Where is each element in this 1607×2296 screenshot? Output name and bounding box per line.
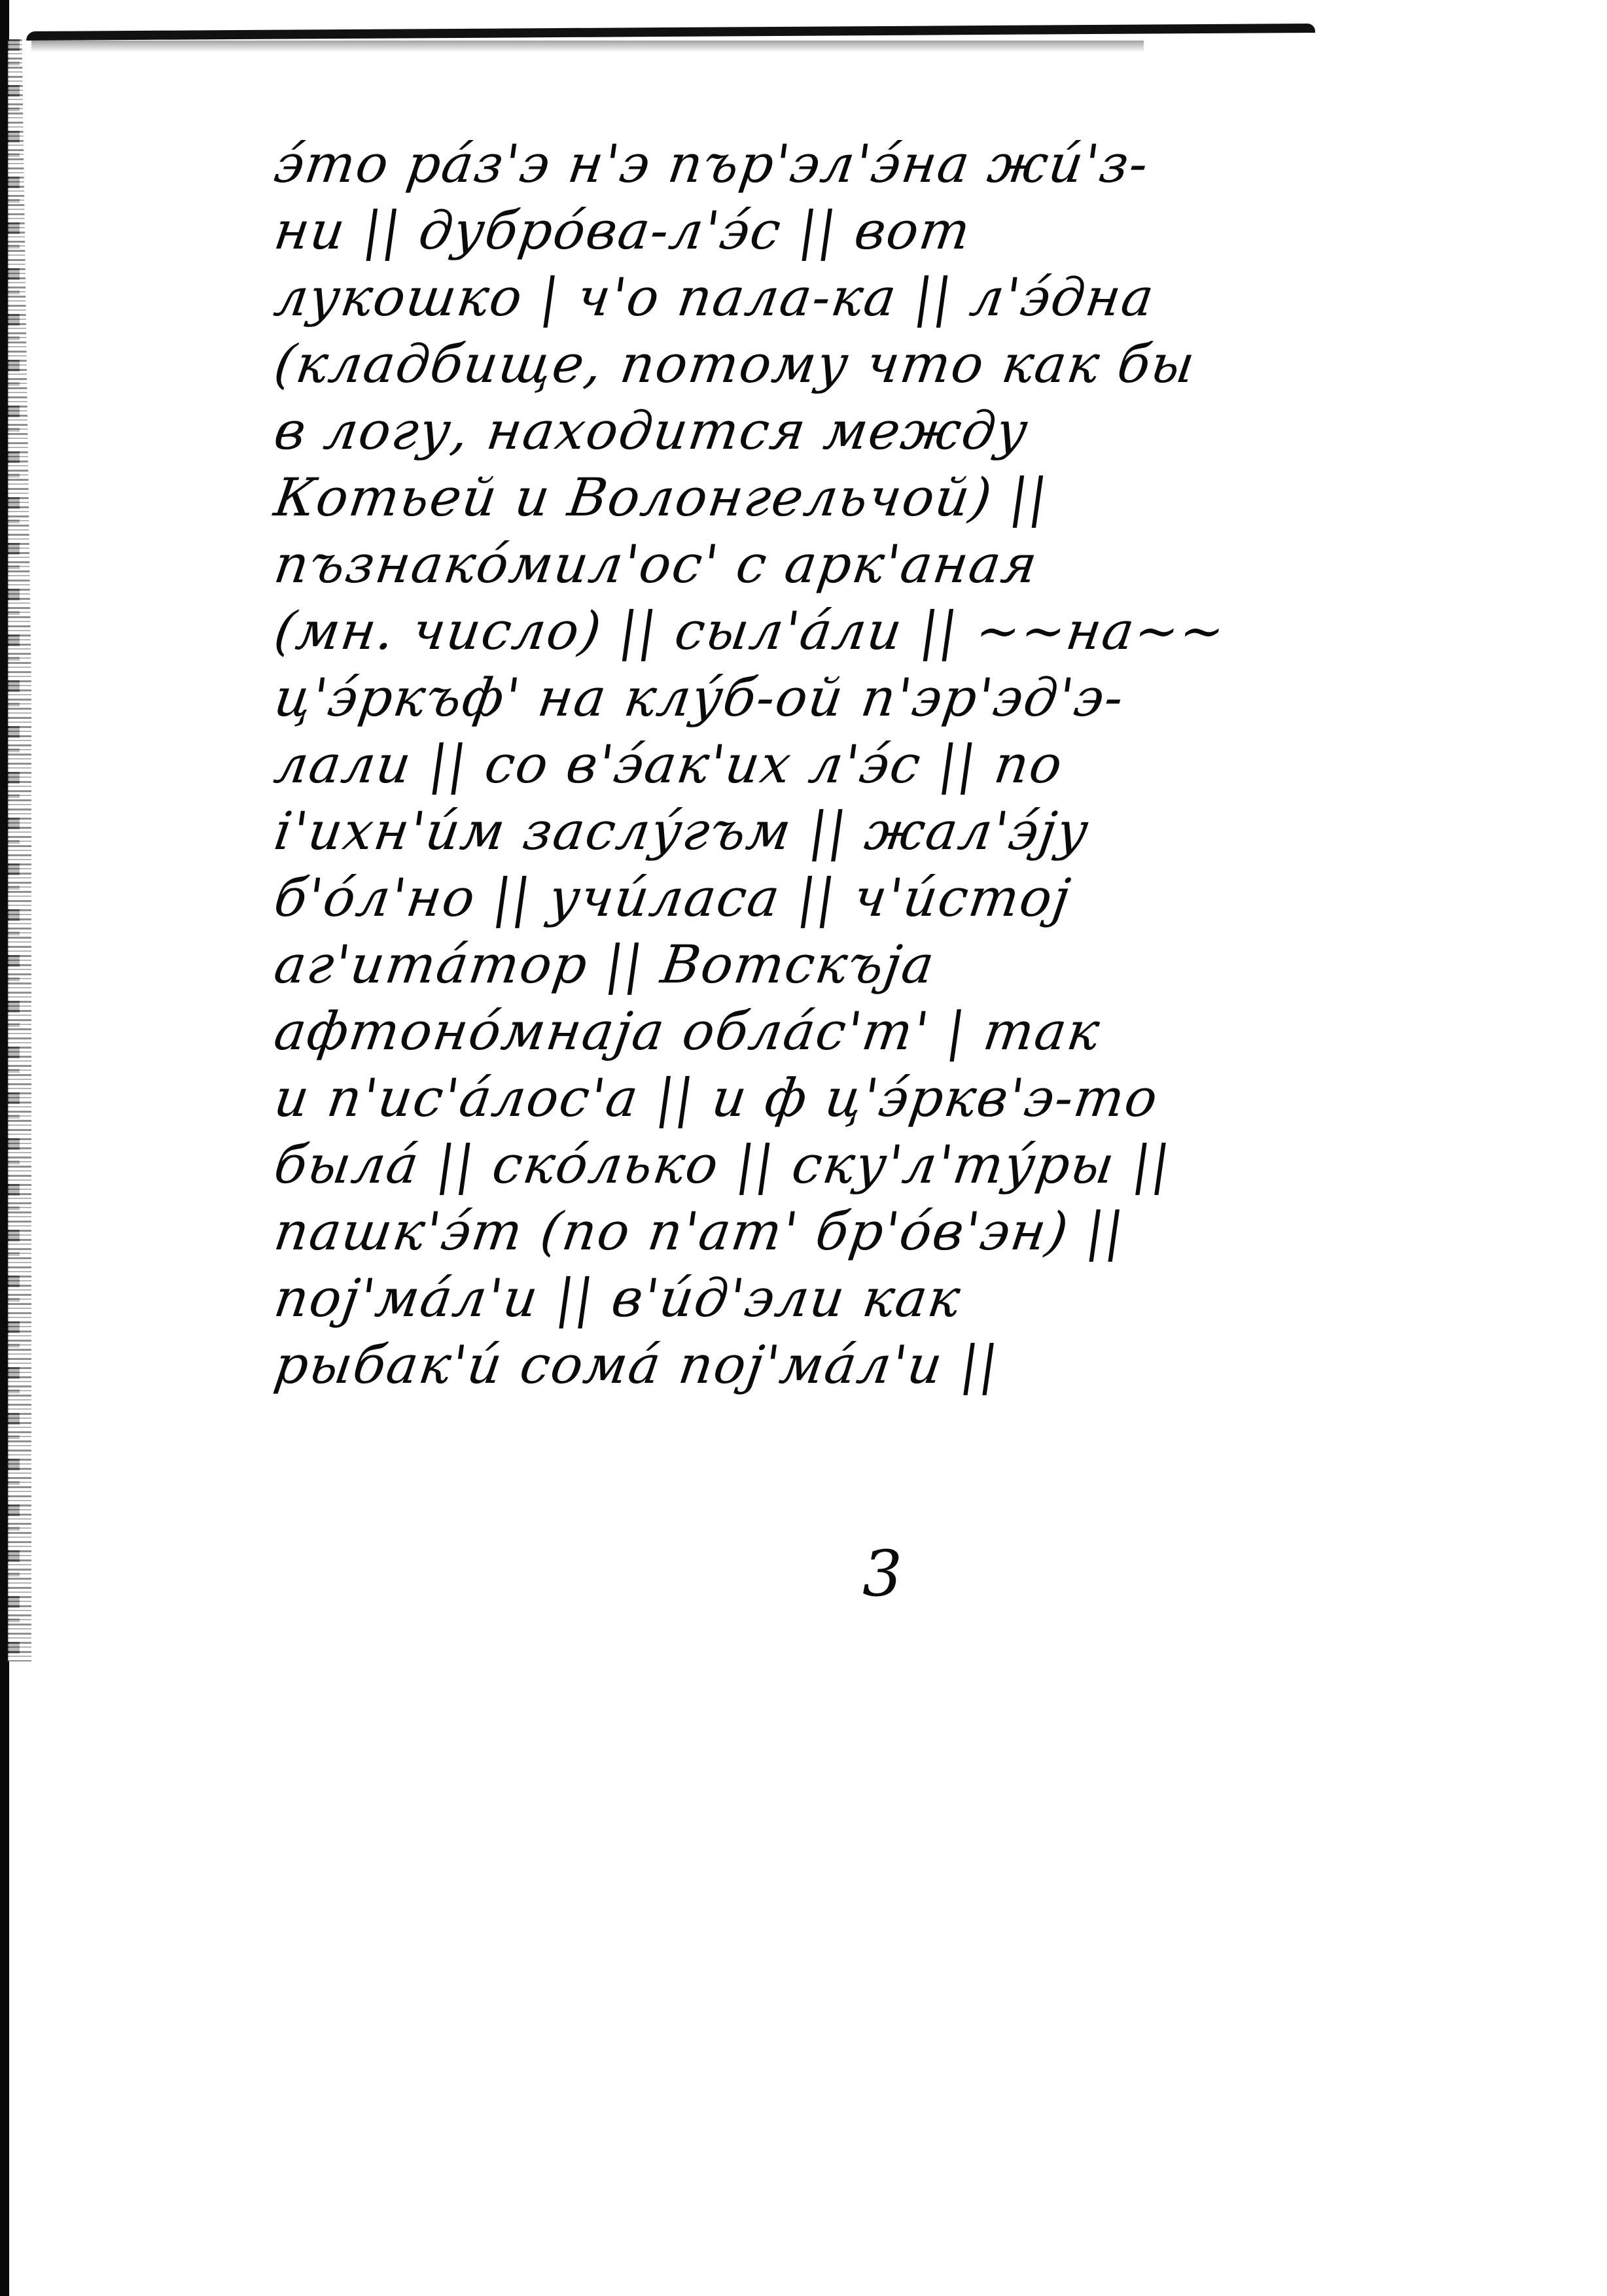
- text-line: пој'ма́л'и || в'и́д'эли как: [270, 1265, 1379, 1332]
- scanned-page: э́то ра́з'э н'э пър'эл'э́на жи́'з- ни ||…: [0, 0, 1607, 2296]
- handwritten-text: э́то ра́з'э н'э пър'эл'э́на жи́'з- ни ||…: [275, 131, 1374, 1399]
- binding-texture: [8, 39, 31, 1661]
- text-line: афтоно́мнаја обла́с'т' | так: [270, 998, 1379, 1065]
- text-line: Котьей и Волонгельчой) ||: [270, 464, 1379, 531]
- text-line: (кладбище, потому что как бы: [270, 331, 1379, 398]
- page-number: 3: [862, 1537, 902, 1610]
- text-line: (мн. число) || сыл'а́ли || ~~на~~: [270, 598, 1379, 665]
- text-line: в логу, находится между: [270, 398, 1379, 464]
- text-line: и п'ис'а́лос'а || и ф ц'э́ркв'э-то: [270, 1065, 1379, 1132]
- text-line: ни || дубро́ва-л'э́с || вот: [270, 198, 1379, 264]
- text-line: і'ихн'и́м заслу́гъм || жал'э́ју: [270, 798, 1379, 865]
- text-line: пъзнако́мил'ос' с арк'аная: [270, 531, 1379, 598]
- text-line: рыбак'и́ сома́ пој'ма́л'и ||: [270, 1332, 1379, 1399]
- text-line: б'о́л'но || учи́ласа || ч'и́стој: [270, 865, 1379, 931]
- text-line: аг'ита́тор || Вотскъја: [270, 931, 1379, 998]
- scan-top-edge: [26, 24, 1315, 41]
- text-line: лали || со в'э́ак'их л'э́с || по: [270, 731, 1379, 798]
- text-line: лукошко | ч'о пала-ка || л'э́дна: [270, 264, 1379, 331]
- text-line: э́то ра́з'э н'э пър'эл'э́на жи́'з-: [270, 131, 1379, 198]
- text-line: ц'э́ркъф' на клу́б-ой п'эр'эд'э-: [270, 665, 1379, 731]
- text-line: пашк'э́т (по п'ат' бр'о́в'эн) ||: [270, 1198, 1379, 1265]
- scan-top-shadow: [31, 41, 1144, 52]
- text-line: была́ || ско́лько || ску'л'ту́ры ||: [270, 1132, 1379, 1198]
